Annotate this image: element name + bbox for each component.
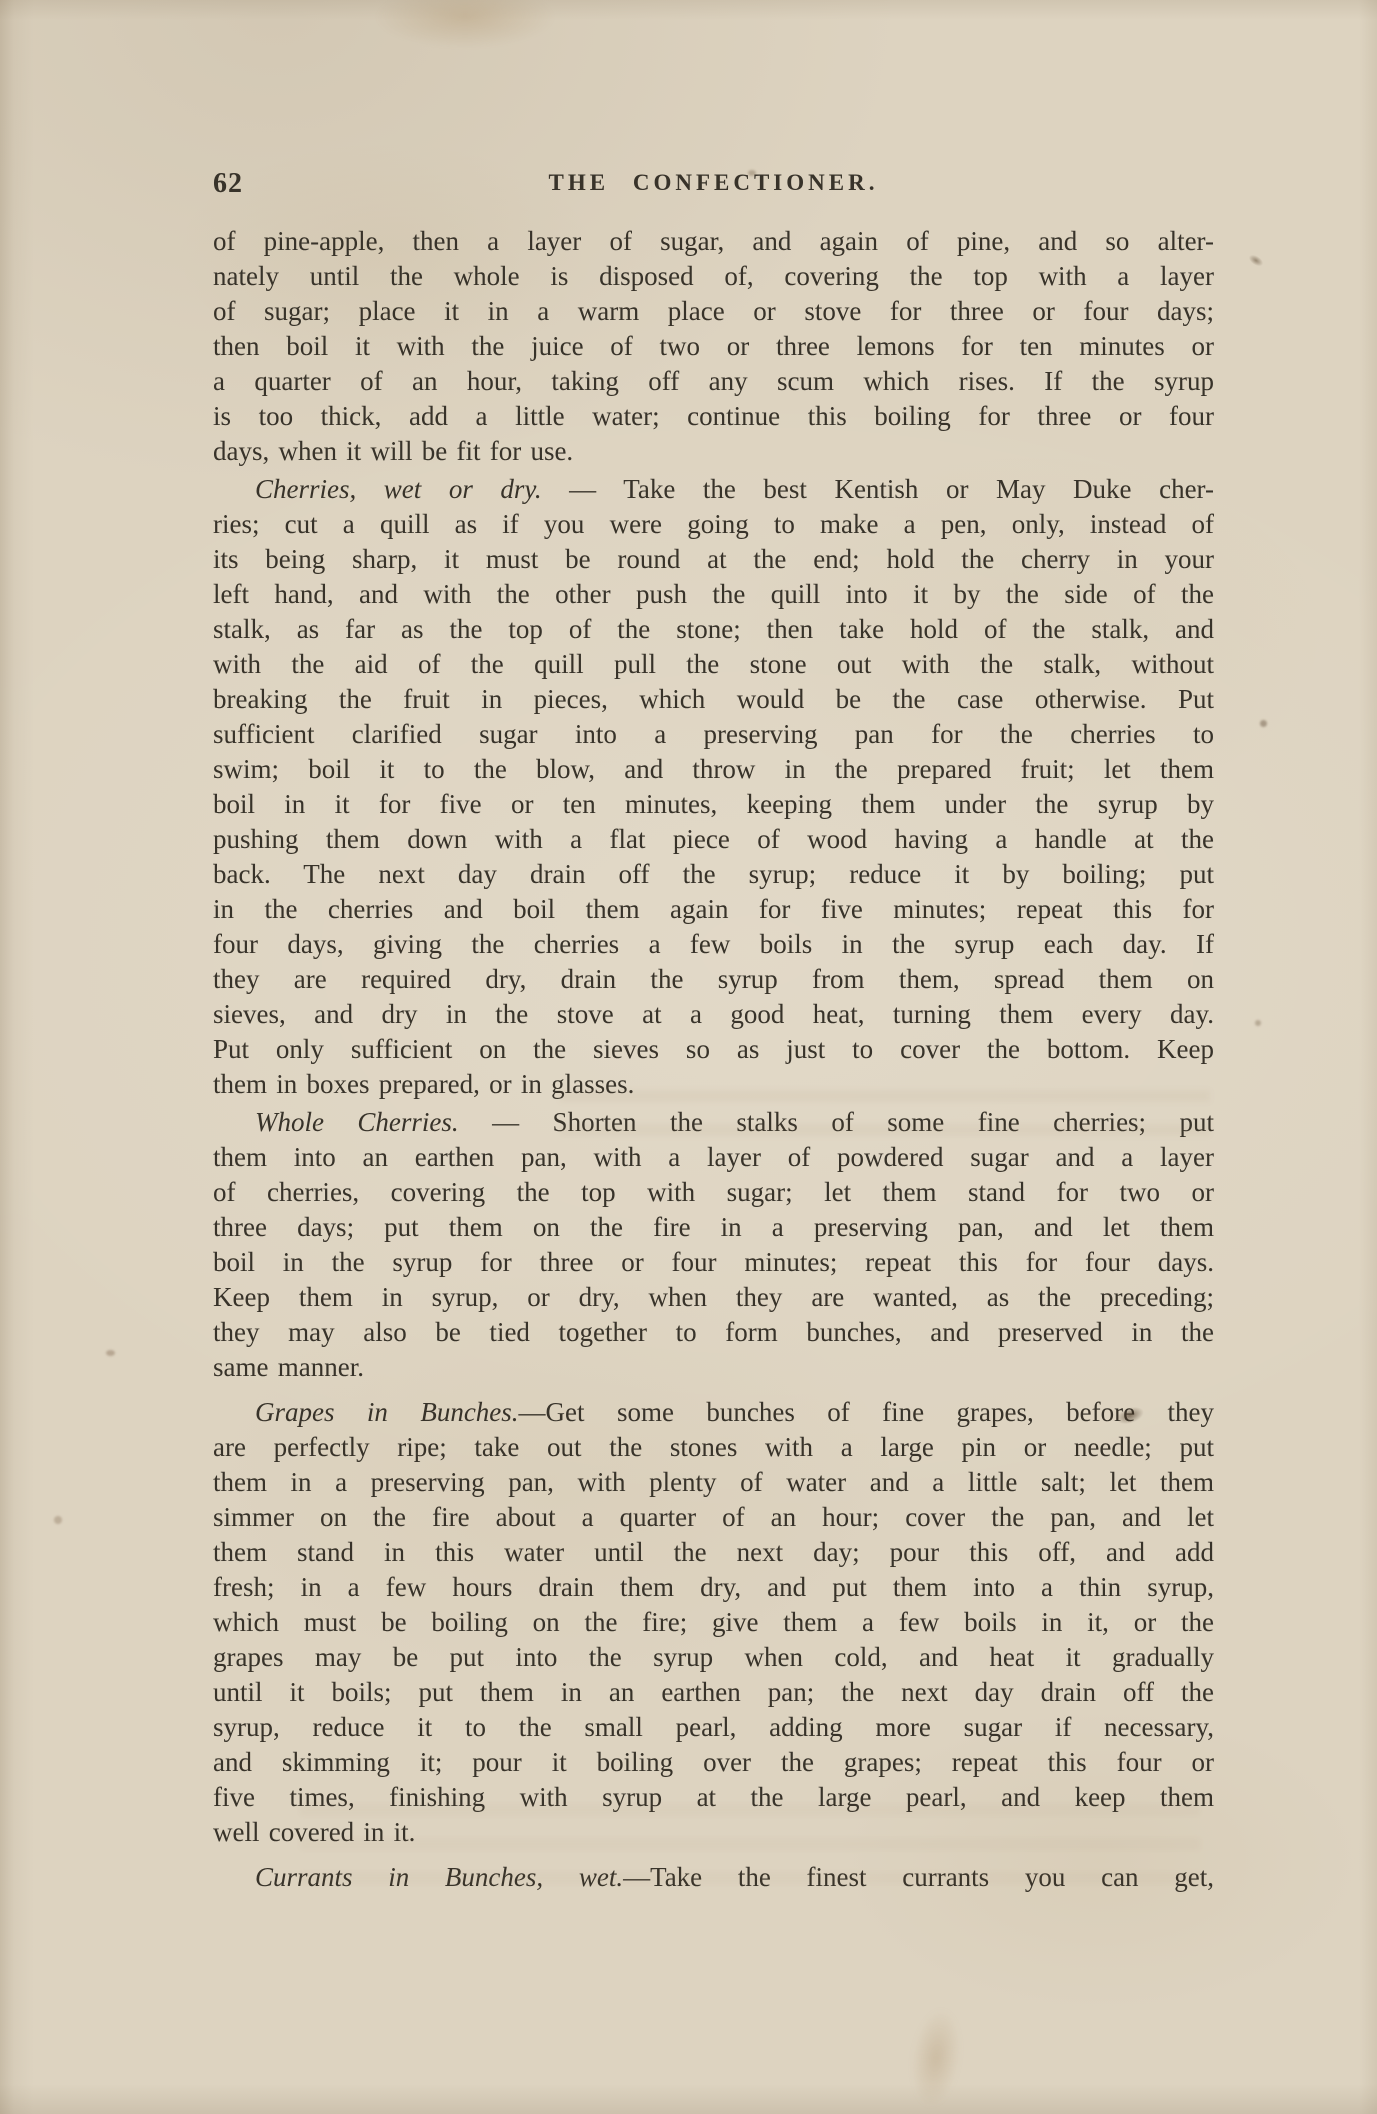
text-line: Grapes in Bunches.—Get some bunches of f… <box>213 1395 1214 1430</box>
text-line: of pine-apple, then a layer of sugar, an… <box>213 224 1214 259</box>
paragraph: Cherries, wet or dry. — Take the best Ke… <box>213 472 1214 1102</box>
text-block: of pine-apple, then a layer of sugar, an… <box>213 224 1214 1895</box>
text-line: grapes may be put into the syrup when co… <box>213 1640 1214 1675</box>
text-line: left hand, and with the other push the q… <box>213 577 1214 612</box>
text-line: a quarter of an hour, taking off any scu… <box>213 364 1214 399</box>
text-line: boil in it for five or ten minutes, keep… <box>213 787 1214 822</box>
recipe-heading: Whole Cherries. <box>255 1107 459 1137</box>
text-line: simmer on the fire about a quarter of an… <box>213 1500 1214 1535</box>
text-line: Whole Cherries. — Shorten the stalks of … <box>213 1105 1214 1140</box>
text-line: Currants in Bunches, wet.—Take the fines… <box>213 1860 1214 1895</box>
text-line: same manner. <box>213 1350 1214 1385</box>
text-line: pushing them down with a flat piece of w… <box>213 822 1214 857</box>
heading-separator: — <box>519 1397 546 1427</box>
paper-fleck <box>1247 252 1265 268</box>
page-header: 62 THE CONFECTIONER. <box>213 166 1214 204</box>
text-line: is too thick, add a little water; contin… <box>213 399 1214 434</box>
paragraph: of pine-apple, then a layer of sugar, an… <box>213 224 1214 469</box>
text-line: stalk, as far as the top of the stone; t… <box>213 612 1214 647</box>
text-line: Cherries, wet or dry. — Take the best Ke… <box>213 472 1214 507</box>
text-line: Keep them in syrup, or dry, when they ar… <box>213 1280 1214 1315</box>
paragraph: Whole Cherries. — Shorten the stalks of … <box>213 1105 1214 1385</box>
paper-speck <box>1260 720 1267 727</box>
paper-speck <box>54 1516 62 1524</box>
text-line: with the aid of the quill pull the stone… <box>213 647 1214 682</box>
text-line: then boil it with the juice of two or th… <box>213 329 1214 364</box>
text-line: well covered in it. <box>213 1815 1214 1850</box>
paper-speck <box>106 1350 115 1356</box>
text-line: which must be boiling on the fire; give … <box>213 1605 1214 1640</box>
text-line: breaking the fruit in pieces, which woul… <box>213 682 1214 717</box>
recipe-heading: Currants in Bunches, wet. <box>255 1862 623 1892</box>
text-line: nately until the whole is disposed of, c… <box>213 259 1214 294</box>
heading-separator: — <box>459 1107 553 1137</box>
text-line: and skimming it; pour it boiling over th… <box>213 1745 1214 1780</box>
text-line: Put only sufficient on the sieves so as … <box>213 1032 1214 1067</box>
paper-stain-top <box>375 0 555 48</box>
text-line: sieves, and dry in the stove at a good h… <box>213 997 1214 1032</box>
text-line: of sugar; place it in a warm place or st… <box>213 294 1214 329</box>
text-line: its being sharp, it must be round at the… <box>213 542 1214 577</box>
text-line: syrup, reduce it to the small pearl, add… <box>213 1710 1214 1745</box>
text-line: fresh; in a few hours drain them dry, an… <box>213 1570 1214 1605</box>
text-line: four days, giving the cherries a few boi… <box>213 927 1214 962</box>
text-line: them in a preserving pan, with plenty of… <box>213 1465 1214 1500</box>
heading-separator: — <box>623 1862 650 1892</box>
text-line: they may also be tied together to form b… <box>213 1315 1214 1350</box>
text-line: sufficient clarified sugar into a preser… <box>213 717 1214 752</box>
text-line: in the cherries and boil them again for … <box>213 892 1214 927</box>
text-line: swim; boil it to the blow, and throw in … <box>213 752 1214 787</box>
text-line: of cherries, covering the top with sugar… <box>213 1175 1214 1210</box>
paragraph: Currants in Bunches, wet.—Take the fines… <box>213 1860 1214 1895</box>
running-title: THE CONFECTIONER. <box>213 170 1214 196</box>
text-line: they are required dry, drain the syrup f… <box>213 962 1214 997</box>
paper-speck <box>1255 1020 1261 1026</box>
text-line: ries; cut a quill as if you were going t… <box>213 507 1214 542</box>
paper-stain-bottom <box>905 2005 966 2111</box>
book-page-scan: 62 THE CONFECTIONER. of pine-apple, then… <box>0 0 1377 2114</box>
paragraph: Grapes in Bunches.—Get some bunches of f… <box>213 1395 1214 1850</box>
text-line: them stand in this water until the next … <box>213 1535 1214 1570</box>
recipe-heading: Grapes in Bunches. <box>255 1397 519 1427</box>
text-line: are perfectly ripe; take out the stones … <box>213 1430 1214 1465</box>
text-line: until it boils; put them in an earthen p… <box>213 1675 1214 1710</box>
text-line: them into an earthen pan, with a layer o… <box>213 1140 1214 1175</box>
text-line: five times, finishing with syrup at the … <box>213 1780 1214 1815</box>
heading-separator: — <box>542 474 624 504</box>
text-line: three days; put them on the fire in a pr… <box>213 1210 1214 1245</box>
text-line: days, when it will be fit for use. <box>213 434 1214 469</box>
text-line: them in boxes prepared, or in glasses. <box>213 1067 1214 1102</box>
text-line: back. The next day drain off the syrup; … <box>213 857 1214 892</box>
text-line: boil in the syrup for three or four minu… <box>213 1245 1214 1280</box>
recipe-heading: Cherries, wet or dry. <box>255 474 542 504</box>
